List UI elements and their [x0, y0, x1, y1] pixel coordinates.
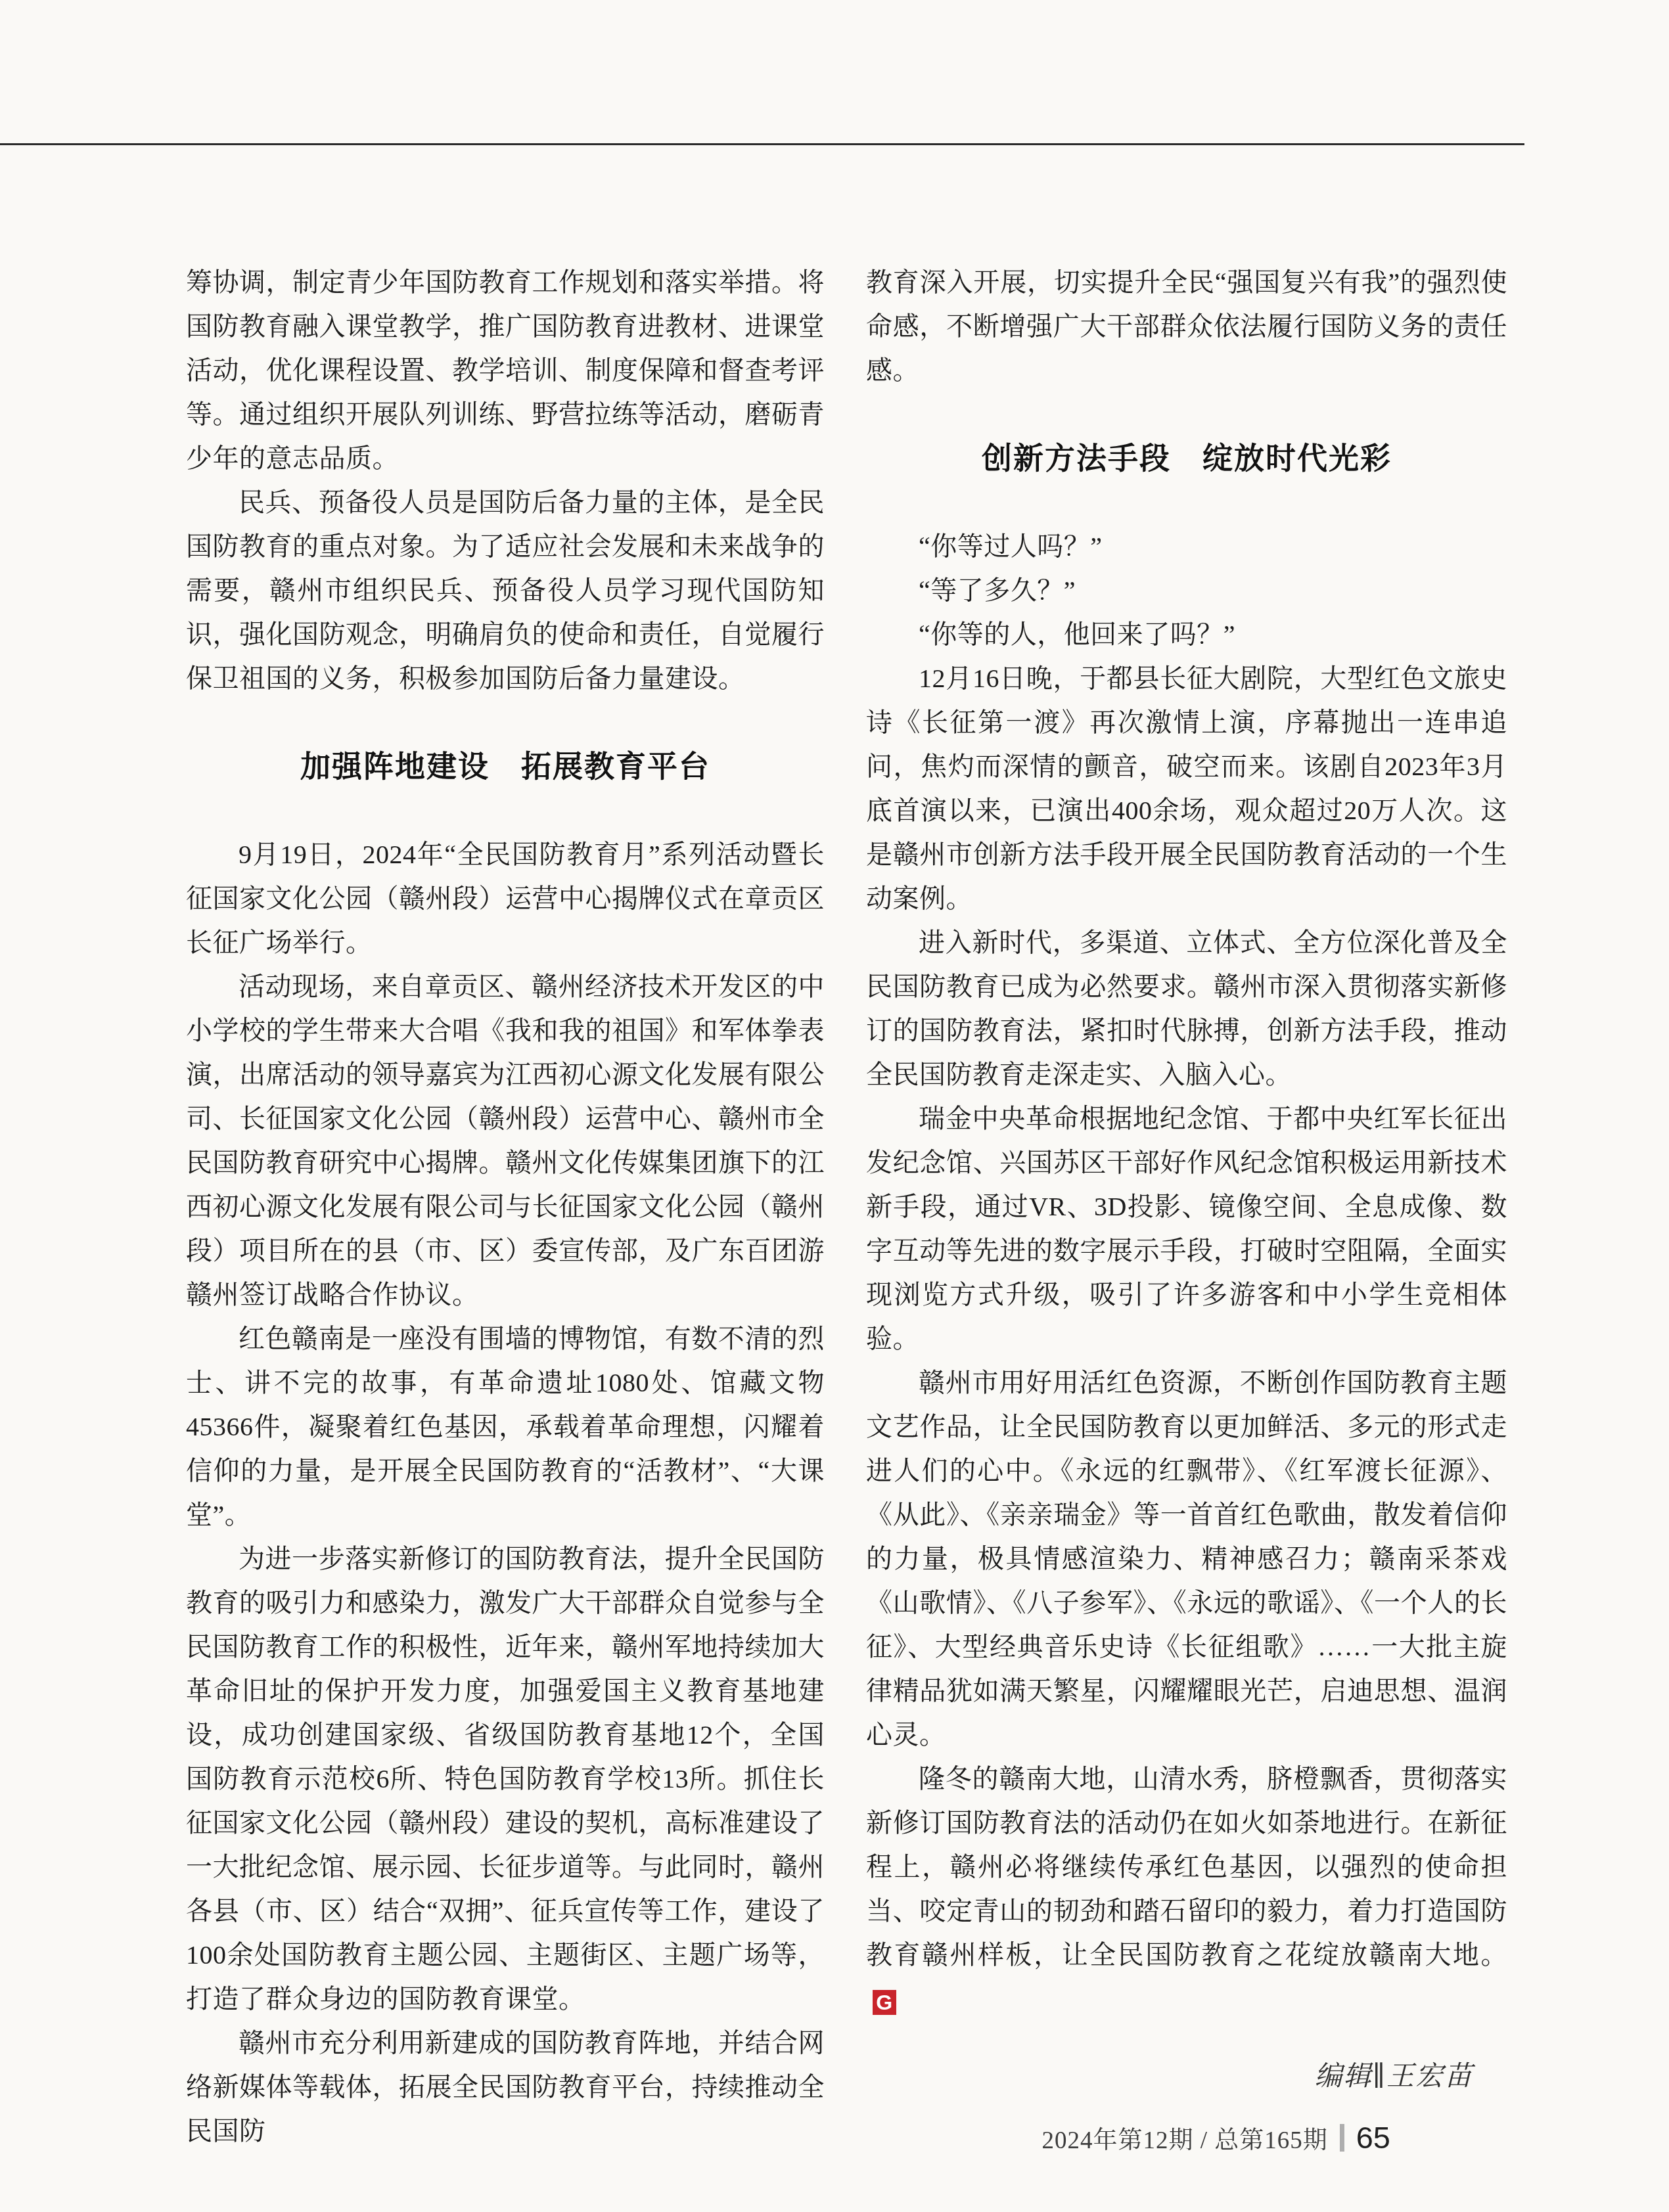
paragraph: 民兵、预备役人员是国防后备力量的主体，是全民国防教育的重点对象。为了适应社会发展…	[186, 480, 825, 700]
page-top-rule	[0, 143, 1524, 145]
dialogue-line: “等了多久？”	[866, 568, 1507, 612]
paragraph: 为进一步落实新修订的国防教育法，提升全民国防教育的吸引力和感染力，激发广大干部群…	[186, 1537, 825, 2021]
paragraph: 进入新时代，多渠道、立体式、全方位深化普及全民国防教育已成为必然要求。赣州市深入…	[866, 920, 1507, 1096]
page-number: 65	[1356, 2119, 1390, 2156]
paragraph-text: 隆冬的赣南大地，山清水秀，脐橙飘香，贯彻落实新修订国防教育法的活动仍在如火如荼地…	[866, 1764, 1507, 1970]
paragraph: 瑞金中央革命根据地纪念馆、于都中央红军长征出发纪念馆、兴国苏区干部好作风纪念馆积…	[866, 1096, 1507, 1361]
paragraph: 12月16日晚，于都县长征大剧院，大型红色文旅史诗《长征第一渡》再次激情上演，序…	[866, 656, 1507, 920]
article-end-mark: G	[873, 1990, 896, 2015]
footer-divider-bar	[1340, 2124, 1344, 2152]
paragraph: 筹协调，制定青少年国防教育工作规划和落实举措。将国防教育融入课堂教学，推广国防教…	[186, 260, 825, 480]
magazine-page: { "page": { "background": "#faf9f6", "ac…	[0, 0, 1669, 2212]
section-heading-platform: 加强阵地建设 拓展教育平台	[186, 744, 825, 788]
paragraph: 隆冬的赣南大地，山清水秀，脐橙飘香，贯彻落实新修订国防教育法的活动仍在如火如荼地…	[866, 1757, 1507, 2021]
section-heading-innovation: 创新方法手段 绽放时代光彩	[866, 436, 1507, 480]
dialogue-line: “你等的人，他回来了吗？”	[866, 612, 1507, 656]
dialogue-line: “你等过人吗？”	[866, 524, 1507, 568]
paragraph: 教育深入开展，切实提升全民“强国复兴有我”的强烈使命感，不断增强广大干部群众依法…	[866, 260, 1507, 392]
page-footer: 2024年第12期 / 总第165期 65	[1041, 2119, 1390, 2156]
paragraph: 红色赣南是一座没有围墙的博物馆，有数不清的烈士、讲不完的故事，有革命遗址1080…	[186, 1317, 825, 1537]
paragraph: 活动现场，来自章贡区、赣州经济技术开发区的中小学校的学生带来大合唱《我和我的祖国…	[186, 964, 825, 1317]
left-column: 筹协调，制定青少年国防教育工作规划和落实举措。将国防教育融入课堂教学，推广国防教…	[186, 260, 825, 2153]
issue-info: 2024年第12期 / 总第165期	[1041, 2120, 1327, 2156]
paragraph: 9月19日，2024年“全民国防教育月”系列活动暨长征国家文化公园（赣州段）运营…	[186, 832, 825, 964]
editor-credit: 编辑∥王宏苗	[866, 2060, 1507, 2093]
right-column: 教育深入开展，切实提升全民“强国复兴有我”的强烈使命感，不断增强广大干部群众依法…	[866, 260, 1507, 2021]
paragraph: 赣州市充分利用新建成的国防教育阵地，并结合网络新媒体等载体，拓展全民国防教育平台…	[186, 2021, 825, 2153]
paragraph: 赣州市用好用活红色资源，不断创作国防教育主题文艺作品，让全民国防教育以更加鲜活、…	[866, 1361, 1507, 1757]
